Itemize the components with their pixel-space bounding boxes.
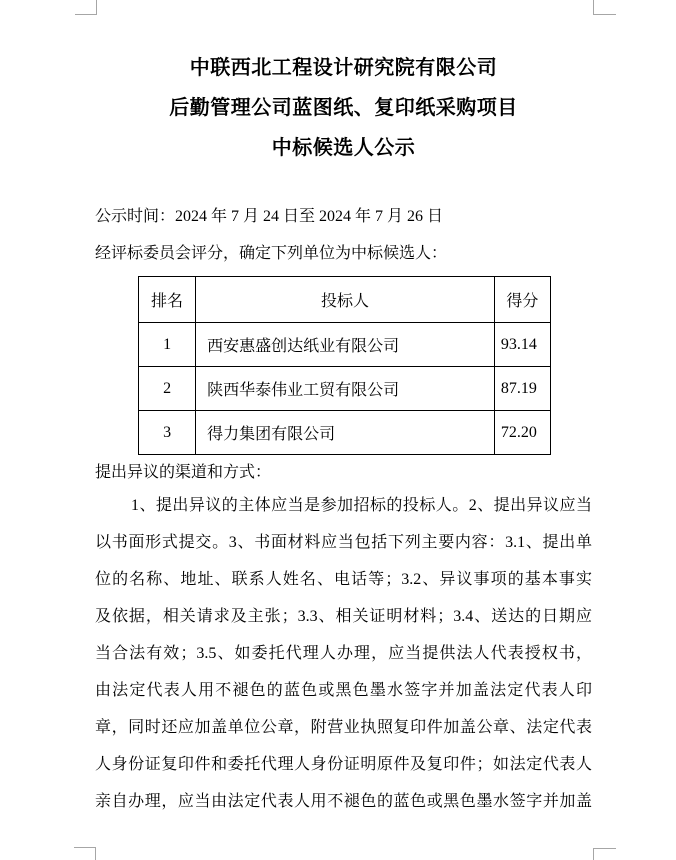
paragraph-line: 当合法有效；3.5、如委托代理人办理，应当提供法人代表授权书， (95, 635, 592, 672)
bidder-name: 西安惠盛创达纸业有限公司 (196, 323, 495, 367)
paragraph-line: 以书面形式提交。3、书面材料应当包括下列主要内容：3.1、提出单 (95, 524, 592, 561)
score-value: 93.14 (494, 323, 550, 367)
table-row: 3 得力集团有限公司 72.20 (139, 411, 551, 455)
paragraph-line: 及依据，相关请求及主张；3.3、相关证明材料；3.4、送达的日期应 (95, 598, 592, 635)
objection-paragraph: 1、提出异议的主体应当是参加招标的投标人。2、提出异议应当 以书面形式提交。3、… (95, 487, 592, 820)
bidder-name: 得力集团有限公司 (196, 411, 495, 455)
rank-value: 2 (139, 367, 196, 411)
table-header-row: 排名 投标人 得分 (139, 277, 551, 323)
paragraph-line: 章，同时还应加盖单位公章，附营业执照复印件加盖公章、法定代表 (95, 709, 592, 746)
paragraph-line: 位的名称、地址、联系人姓名、电话等；3.2、异议事项的基本事实 (95, 561, 592, 598)
paragraph-line: 人身份证复印件和委托代理人身份证明原件及复印件；如法定代表人 (95, 746, 592, 783)
document-body: 中联西北工程设计研究院有限公司 后勤管理公司蓝图纸、复印纸采购项目 中标候选人公… (95, 0, 592, 860)
score-value: 72.20 (494, 411, 550, 455)
bid-candidates-table: 排名 投标人 得分 1 西安惠盛创达纸业有限公司 93.14 2 陕西华泰伟业工… (138, 276, 551, 455)
intro-sentence: 经评标委员会评分，确定下列单位为中标候选人： (95, 235, 592, 272)
publicity-period: 公示时间：2024 年 7 月 24 日至 2024 年 7 月 26 日 (95, 198, 592, 235)
score-value: 87.19 (494, 367, 550, 411)
rank-value: 1 (139, 323, 196, 367)
margin-crop-mark-bottom-right (593, 848, 616, 860)
paragraph-line: 1、提出异议的主体应当是参加招标的投标人。2、提出异议应当 (95, 487, 592, 524)
table-row: 2 陕西华泰伟业工贸有限公司 87.19 (139, 367, 551, 411)
table-row: 1 西安惠盛创达纸业有限公司 93.14 (139, 323, 551, 367)
objection-channels-heading: 提出异议的渠道和方式： (95, 454, 592, 491)
bidder-name: 陕西华泰伟业工贸有限公司 (196, 367, 495, 411)
rank-value: 3 (139, 411, 196, 455)
title-line-company: 中联西北工程设计研究院有限公司 (95, 48, 592, 88)
header-rank: 排名 (139, 277, 196, 323)
paragraph-line: 亲自办理，应当由法定代表人用不褪色的蓝色或黑色墨水签字并加盖 (95, 783, 592, 820)
margin-crop-mark-top-right (593, 0, 616, 15)
header-score: 得分 (494, 277, 550, 323)
paragraph-line: 由法定代表人用不褪色的蓝色或黑色墨水签字并加盖法定代表人印 (95, 672, 592, 709)
margin-crop-mark-top-left (75, 0, 97, 15)
document-title: 中联西北工程设计研究院有限公司 后勤管理公司蓝图纸、复印纸采购项目 中标候选人公… (95, 48, 592, 168)
header-bidder: 投标人 (196, 277, 495, 323)
margin-crop-mark-bottom-left (74, 847, 96, 860)
document-page: 中联西北工程设计研究院有限公司 后勤管理公司蓝图纸、复印纸采购项目 中标候选人公… (0, 0, 676, 860)
title-line-announcement: 中标候选人公示 (95, 128, 592, 168)
title-line-project: 后勤管理公司蓝图纸、复印纸采购项目 (95, 88, 592, 128)
